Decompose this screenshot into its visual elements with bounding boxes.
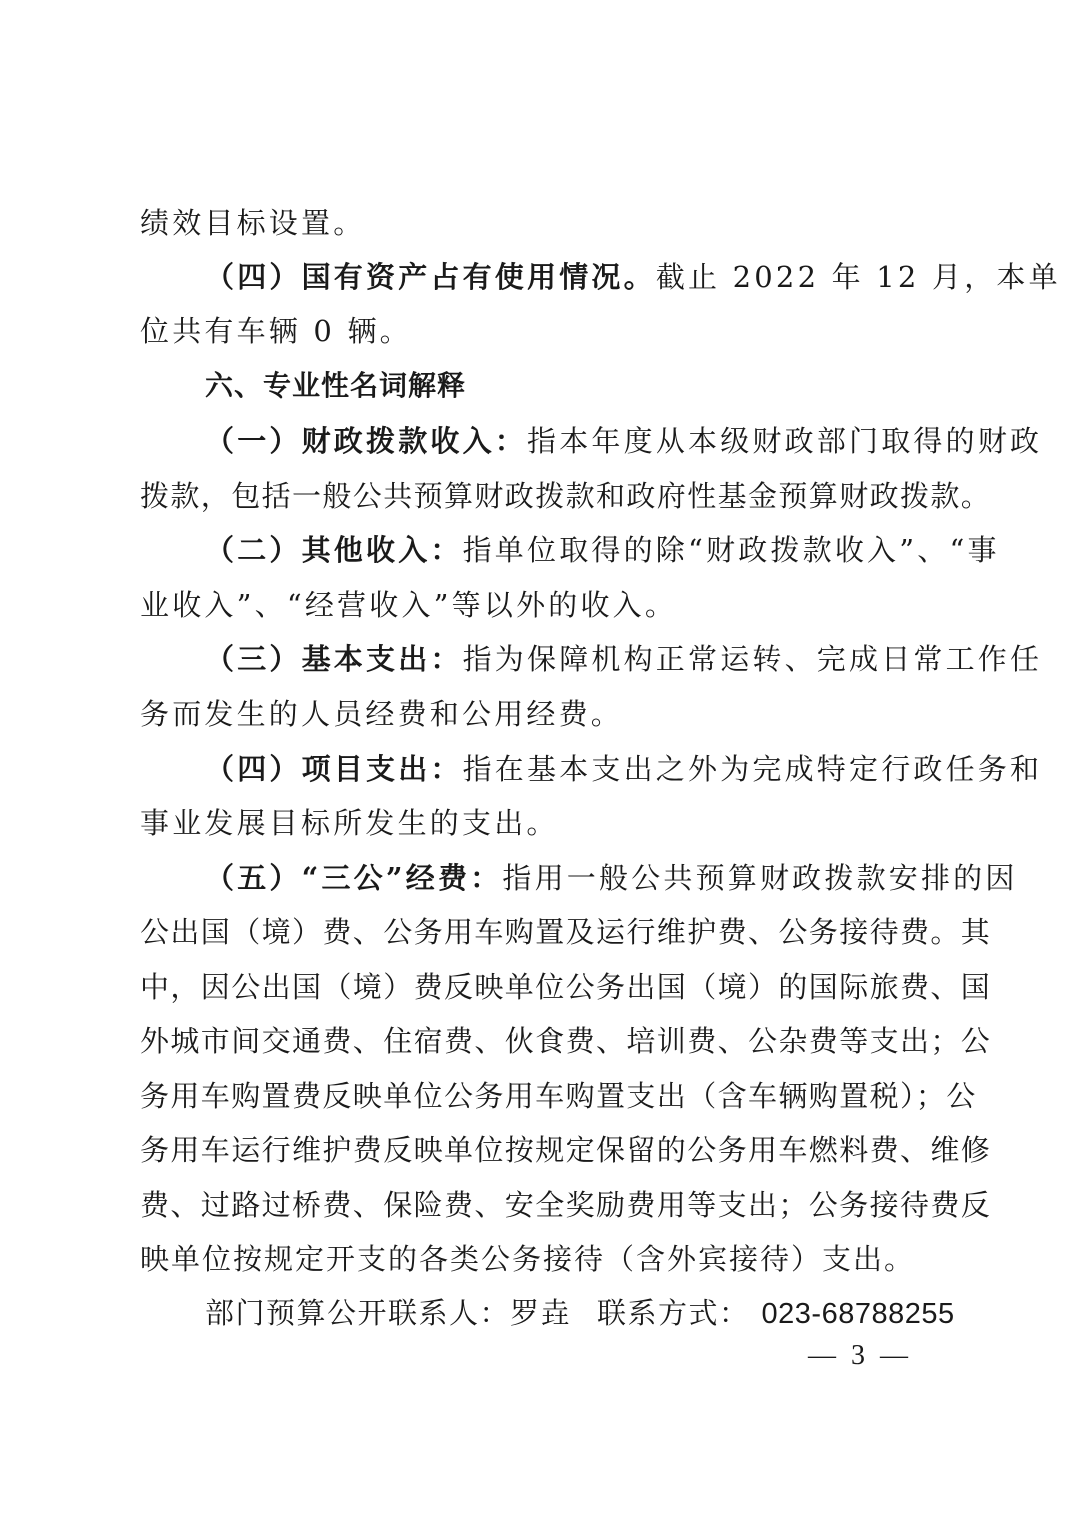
line-text: 务用车购置费反映单位公务用车购置支出（含车辆购置税）；公 [140,1079,977,1113]
line-text: 截止 2022 年 12 月，本单 [656,260,1061,294]
term-label: （四）项目支出： [205,752,463,786]
heading-text: 六、专业性名词解释 [205,369,466,402]
line-text: 务用车运行维护费反映单位按规定保留的公务用车燃料费、维修 [140,1133,991,1167]
line-text: 事业发展目标所发生的支出。 [140,806,559,840]
line-text: 公出国（境）费、公务用车购置及运行维护费、公务接待费。其 [140,915,991,949]
paragraph-line: （四）项目支出：指在基本支出之外为完成特定行政任务和 [205,752,932,786]
line-text: 务而发生的人员经费和公用经费。 [140,697,623,731]
item-lead: （四）国有资产占有使用情况。 [205,260,656,294]
term-label: （一）财政拨款收入： [205,424,527,458]
line-text: 中，因公出国（境）费反映单位公务出国（境）的国际旅费、国 [140,970,991,1004]
line-text: 指本年度从本级财政部门取得的财政 [527,424,1042,458]
line-text: 指用一般公共预算财政拨款安排的因 [502,861,1017,895]
line-text: 映单位按规定开支的各类公务接待（含外宾接待）支出。 [140,1242,915,1276]
contact-line: 部门预算公开联系人：罗垚联系方式：023-68788255 [205,1296,932,1330]
paragraph-line: 拨款，包括一般公共预算财政拨款和政府性基金预算财政拨款。 [140,479,932,513]
term-label: （五）“三公”经费： [205,861,502,895]
line-text: 外城市间交通费、住宿费、伙食费、培训费、公杂费等支出；公 [140,1024,991,1058]
paragraph-line: 费、过路过桥费、保险费、安全奖励费用等支出；公务接待费反 [140,1188,932,1222]
paragraph-line: 务用车购置费反映单位公务用车购置支出（含车辆购置税）；公 [140,1079,932,1113]
paragraph-line: 中，因公出国（境）费反映单位公务出国（境）的国际旅费、国 [140,970,932,1004]
paragraph-line: 务用车运行维护费反映单位按规定保留的公务用车燃料费、维修 [140,1133,932,1167]
line-text: 指在基本支出之外为完成特定行政任务和 [463,752,1043,786]
paragraph-line: 位共有车辆 0 辆。 [140,314,932,348]
section-heading: 六、专业性名词解释 [205,369,932,403]
document-page: 绩效目标设置。 （四）国有资产占有使用情况。截止 2022 年 12 月，本单 … [0,0,1074,1520]
paragraph-line: 务而发生的人员经费和公用经费。 [140,697,932,731]
paragraph-line: 绩效目标设置。 [140,206,932,240]
line-text: 位共有车辆 0 辆。 [140,314,412,348]
paragraph-line: 外城市间交通费、住宿费、伙食费、培训费、公杂费等支出；公 [140,1024,932,1058]
phone-label: 联系方式： [597,1296,750,1330]
paragraph-line: （三）基本支出：指为保障机构正常运转、完成日常工作任 [205,642,932,676]
line-text: 指单位取得的除“财政拨款收入”、“事 [463,533,1000,567]
line-text: 费、过路过桥费、保险费、安全奖励费用等支出；公务接待费反 [140,1188,991,1222]
paragraph-line: （四）国有资产占有使用情况。截止 2022 年 12 月，本单 [205,260,932,294]
line-text: 拨款，包括一般公共预算财政拨款和政府性基金预算财政拨款。 [140,479,991,513]
page-number: — 3 — [808,1340,912,1372]
paragraph-line: 事业发展目标所发生的支出。 [140,806,932,840]
line-text: 业收入”、“经营收入”等以外的收入。 [140,588,677,622]
paragraph-line: （二）其他收入：指单位取得的除“财政拨款收入”、“事 [205,533,932,567]
contact-phone: 023-68788255 [762,1298,955,1330]
term-label: （三）基本支出： [205,642,463,676]
paragraph-line: 业收入”、“经营收入”等以外的收入。 [140,588,932,622]
line-text: 指为保障机构正常运转、完成日常工作任 [463,642,1043,676]
contact-name: 罗垚 [510,1296,571,1330]
paragraph-line: 公出国（境）费、公务用车购置及运行维护费、公务接待费。其 [140,915,932,949]
term-label: （二）其他收入： [205,533,463,567]
line-text: 绩效目标设置。 [140,206,365,240]
paragraph-line: （一）财政拨款收入：指本年度从本级财政部门取得的财政 [205,424,932,458]
contact-label: 部门预算公开联系人： [205,1296,510,1330]
paragraph-line: 映单位按规定开支的各类公务接待（含外宾接待）支出。 [140,1242,932,1276]
paragraph-line: （五）“三公”经费：指用一般公共预算财政拨款安排的因 [205,861,932,895]
